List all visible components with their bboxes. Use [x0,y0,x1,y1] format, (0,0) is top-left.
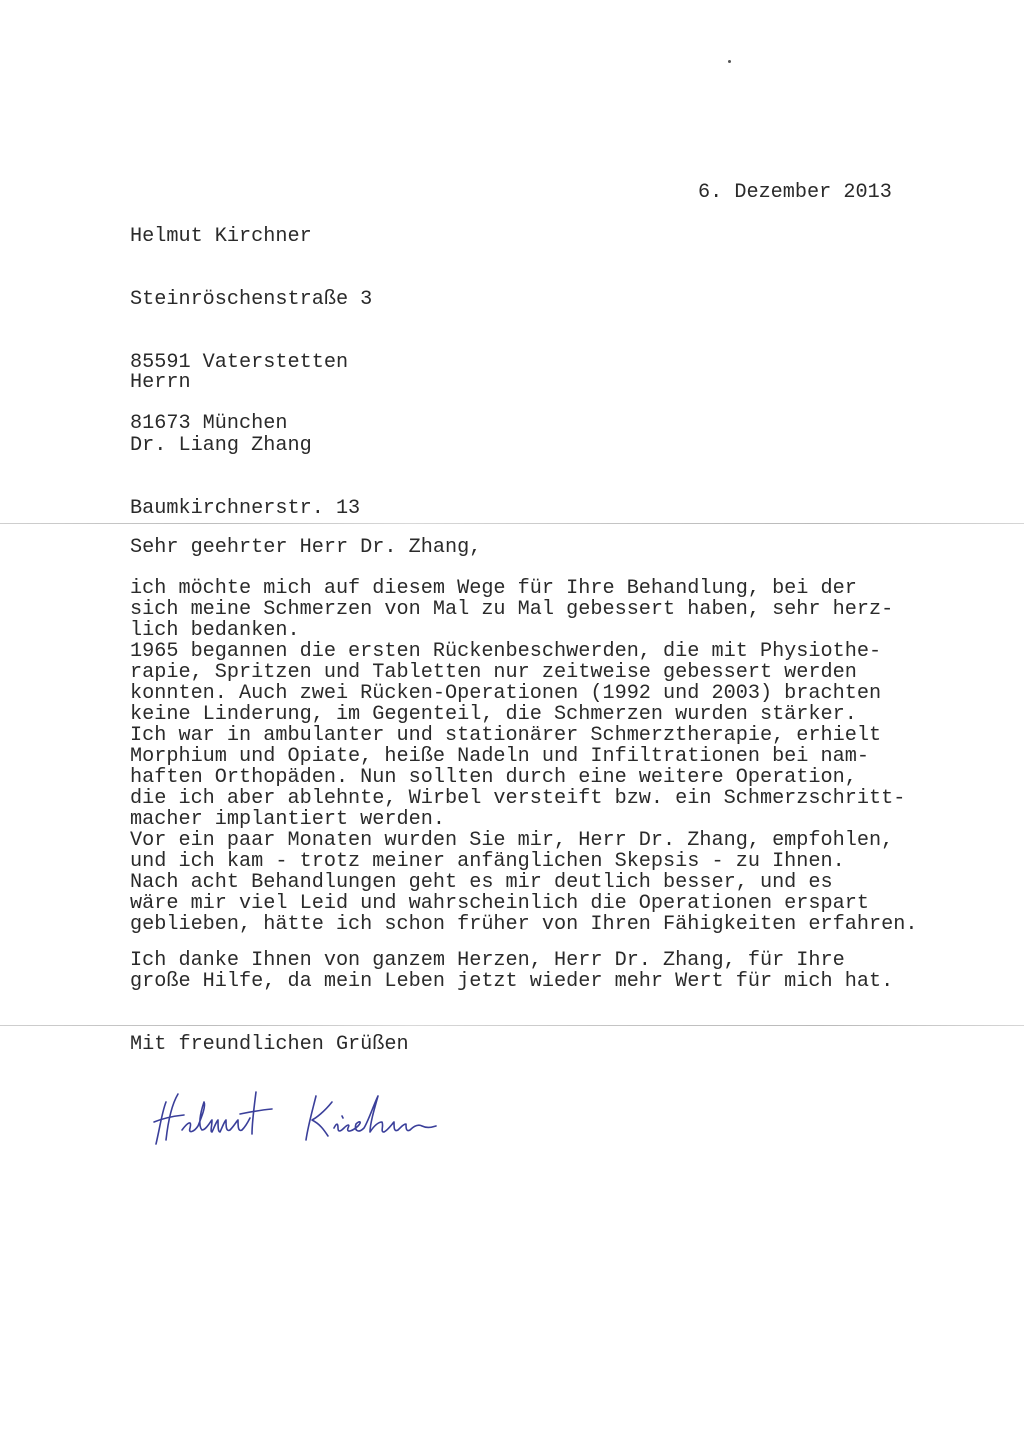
body-paragraph-2: Ich danke Ihnen von ganzem Herzen, Herr … [130,950,893,992]
body-paragraph-1-line: keine Linderung, im Gegenteil, die Schme… [130,704,917,725]
body-paragraph-1-line: 1965 begannen die ersten Rückenbeschwerd… [130,641,917,662]
body-paragraph-1-line: geblieben, hätte ich schon früher von Ih… [130,914,917,935]
sender-name: Helmut Kirchner [130,226,372,247]
body-paragraph-1-line: macher implantiert werden. [130,809,917,830]
recipient-name: Dr. Liang Zhang [130,435,360,456]
body-paragraph-1-line: Nach acht Behandlungen geht es mir deutl… [130,872,917,893]
body-paragraph-1-line: Morphium und Opiate, heiße Nadeln und In… [130,746,917,767]
fold-line-top [0,523,1024,524]
body-paragraph-1-line: sich meine Schmerzen von Mal zu Mal gebe… [130,599,917,620]
recipient-title: Herrn [130,372,360,393]
body-paragraph-1-line: konnten. Auch zwei Rücken-Operationen (1… [130,683,917,704]
body-paragraph-1-line: wäre mir viel Leid und wahrscheinlich di… [130,893,917,914]
body-paragraph-1-line: rapie, Spritzen und Tabletten nur zeitwe… [130,662,917,683]
body-paragraph-1-line: lich bedanken. [130,620,917,641]
recipient-street: Baumkirchnerstr. 13 [130,498,360,519]
body-paragraph-1-line: Vor ein paar Monaten wurden Sie mir, Her… [130,830,917,851]
salutation: Sehr geehrter Herr Dr. Zhang, [130,537,481,558]
body-paragraph-1-line: die ich aber ablehnte, Wirbel versteift … [130,788,917,809]
handwritten-signature [148,1082,478,1152]
body-paragraph-1-line: und ich kam - trotz meiner anfänglichen … [130,851,917,872]
body-paragraph-1: ich möchte mich auf diesem Wege für Ihre… [130,578,917,935]
body-paragraph-1-line: ich möchte mich auf diesem Wege für Ihre… [130,578,917,599]
recipient-address: Herrn Dr. Liang Zhang Baumkirchnerstr. 1… [130,330,360,540]
body-paragraph-2-line: große Hilfe, da mein Leben jetzt wieder … [130,971,893,992]
paper-speck [728,60,731,63]
body-paragraph-1-line: Ich war in ambulanter und stationärer Sc… [130,725,917,746]
fold-line-bottom [0,1025,1024,1026]
sender-street: Steinröschenstraße 3 [130,289,372,310]
letter-date: 6. Dezember 2013 [698,182,892,203]
closing: Mit freundlichen Grüßen [130,1034,409,1055]
recipient-city: 81673 München [130,413,288,434]
body-paragraph-1-line: haften Orthopäden. Nun sollten durch ein… [130,767,917,788]
body-paragraph-2-line: Ich danke Ihnen von ganzem Herzen, Herr … [130,950,893,971]
